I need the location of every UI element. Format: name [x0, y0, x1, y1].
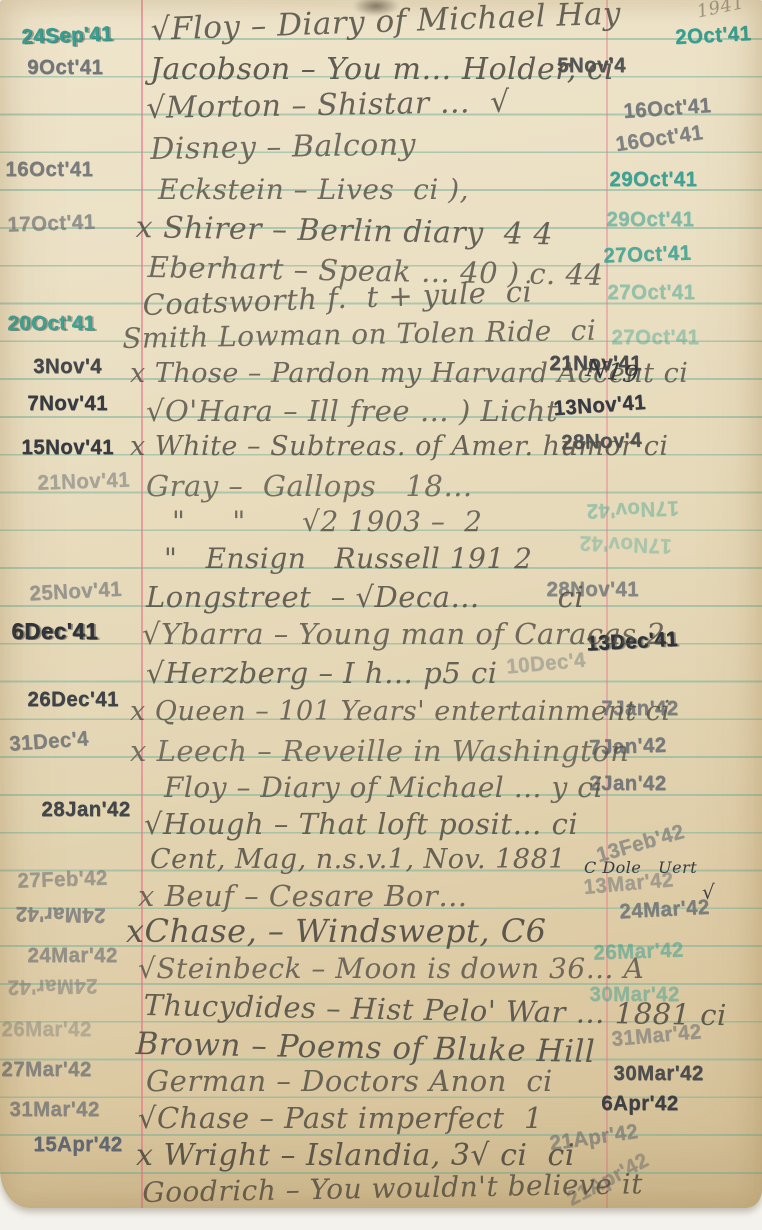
pencil-annotation: N19 [584, 354, 640, 389]
pencil-annotation: 1941 [695, 0, 746, 23]
pencil-annotations: 1941N19C Dole Uert√ [0, 0, 762, 1208]
scanned-ledger-page: 24Sep'419Oct'4116Oct'4117Oct'4120Oct'413… [0, 0, 762, 1230]
pencil-annotation: C Dole Uert [584, 858, 697, 877]
pencil-annotation: √ [702, 880, 715, 904]
ledger-card: 24Sep'419Oct'4116Oct'4117Oct'4120Oct'413… [0, 0, 762, 1208]
